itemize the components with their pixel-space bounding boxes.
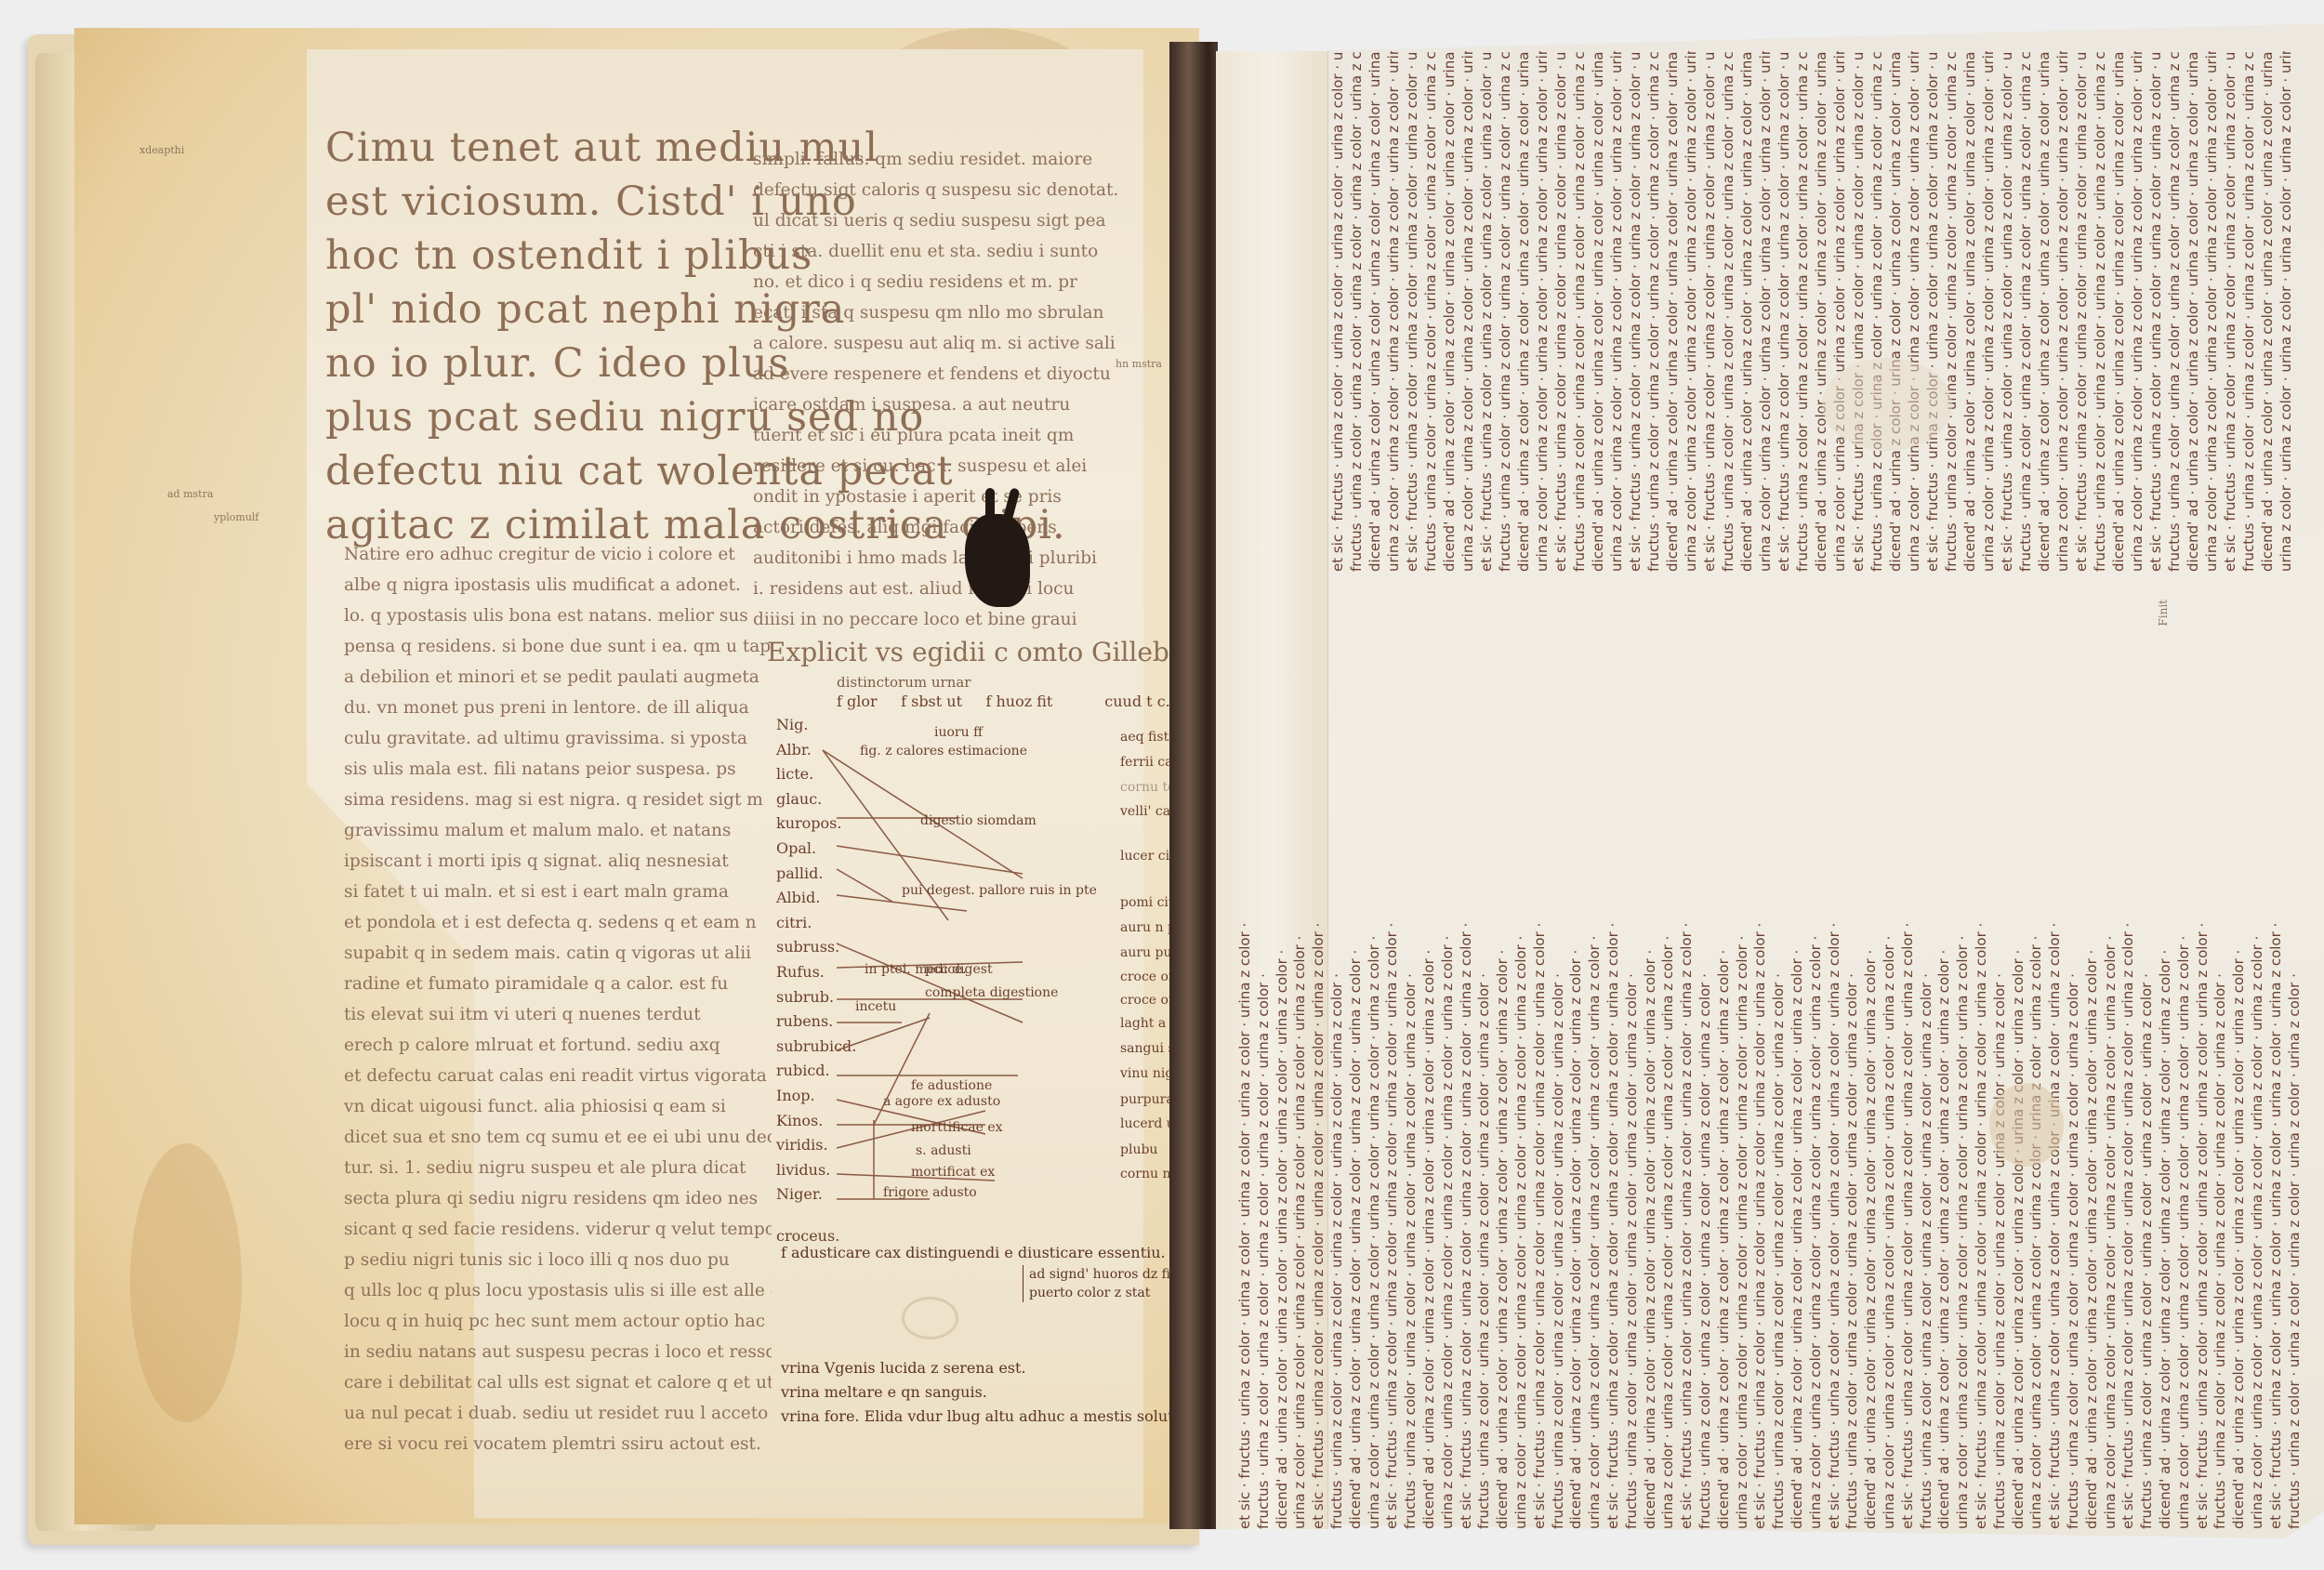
vertical-text-line: fructus · urina z color · urina z color … [2017,51,2034,572]
diagram-note: a agore ex adusto [883,1094,1000,1109]
text-line: a debilion et minori et se pedit paulati… [344,662,772,693]
text-line: ondit in ypostasie i aperit et se pris [753,482,1162,512]
vertical-text-line: urina z color · urina z color · urina z … [1881,711,1897,1529]
water-stain [130,1143,242,1422]
note-line: vrina Vgenis lucida z serena est. [781,1356,1182,1380]
text-line: no. et dico i q sediu residens et m. pr [753,267,1162,297]
vertical-text-line: urina z color · urina z color · urina z … [1659,711,1676,1529]
note-line: puerto color z stat [1029,1284,1182,1302]
headline-line: no io plur. C ideo plus [325,336,809,390]
diagram-note: mortificat ex [911,1165,995,1180]
text-line: erech p calore mlruat et fortund. sediu … [344,1030,772,1061]
headline-text-block: Cimu tenet aut mediu mul est viciosum. C… [325,121,809,552]
text-line: ipsiscant i morti ipis q signat. aliq ne… [344,846,772,877]
vertical-text-line: fructus · urina z color · urina z color … [1720,51,1736,572]
urine-diagram-header: f glor f sbst ut f huoz fit cuud t c. [837,693,1170,710]
vertical-text-line: fructus · urina z color · urina z color … [1422,51,1439,572]
text-line: vn dicat uigousi funct. alia phiosisi q … [344,1091,772,1122]
vertical-text-line: et sic · fructus · urina z color · urina… [1552,51,1569,572]
worn-spot [1822,358,1952,451]
vertical-text-line: fructus · urina z color · urina z color … [2286,711,2303,1529]
text-line: ul dicat si ueris q sediu suspesu sigt p… [753,205,1162,236]
diagram-note: s. adusti [916,1143,971,1158]
explicit-subline: distinctorum urnar [837,674,971,691]
vertical-text-line: dicend' ad · urina z color · urina z col… [1862,711,1879,1529]
diagram-header-item: cuud t c. [1104,693,1169,710]
vertical-text-line: urina z color · urina z color · urina z … [2102,711,2119,1529]
text-line: gravissimu malum et malum malo. et natan… [344,815,772,846]
vertical-text-line: et sic · fructus · urina z color · urina… [1310,711,1327,1529]
vertical-text-line: fructus · urina z color · urina z color … [1402,711,1419,1529]
right-upper-column: simpli. fallus. qm sediu residet. maiore… [753,144,1162,635]
headline-line: Cimu tenet aut mediu mul [325,121,809,175]
text-line: secta plura qi sediu nigru residens qm i… [344,1183,772,1214]
vertical-text-line: urina z color · urina z color · urina z … [1586,711,1603,1529]
vertical-text-line: dicend' ad · urina z color · urina z col… [1347,711,1364,1529]
vertical-text-line: urina z color · urina z color · urina z … [1459,51,1476,572]
diagram-header-item: f sbst ut [901,693,962,710]
diagram-note: pcc digest [925,962,993,977]
vertical-text-line: et sic · fructus · urina z color · urina… [1678,711,1695,1529]
text-line: pensa q residens. si bone due sunt i ea.… [344,631,772,662]
diagram-note: incetu [855,999,896,1014]
vertical-text-line: dicend' ad · urina z color · urina z col… [1494,711,1511,1529]
vertical-text-line: fructus · urina z color · urina z color … [1328,711,1345,1529]
diagram-note: iuoru ff [934,725,983,740]
headline-line: hoc tn ostendit i plibus [325,229,809,283]
vertical-text-line: fructus · urina z color · urina z color … [1697,711,1713,1529]
finit-note: Finit [2157,600,2170,627]
vertical-text-line: urina z color · urina z color · urina z … [1291,711,1308,1529]
diagram-note: completa digestione [925,985,1058,1000]
diagram-header-item: f huoz fit [985,693,1052,710]
vertical-text-line: et sic · fructus · urina z color · urina… [1478,51,1495,572]
vertical-text-line: et sic · fructus · urina z color · urina… [1236,711,1253,1529]
text-line: ere si vocu rei vocatem plemtri ssiru ac… [344,1429,772,1459]
text-line: i. residens aut est. aliud i nuus i locu [753,574,1162,604]
vertical-text-line: urina z color · urina z color · urina z … [1439,711,1456,1529]
vertical-text-line: et sic · fructus · urina z color · urina… [1850,51,1867,572]
headline-line: pl' nido pcat nephi nigra [325,283,809,336]
vertical-text-line: dicend' ad · urina z color · urina z col… [1961,51,1978,572]
text-line: simpli. fallus. qm sediu residet. maiore [753,144,1162,175]
vertical-text-line: dicend' ad · urina z color · urina z col… [1738,51,1755,572]
vertical-text-line: urina z color · urina z color · urina z … [1683,51,1699,572]
vertical-text-line: dicend' ad · urina z color · urina z col… [1813,51,1829,572]
vertical-text-line: urina z color · urina z color · urina z … [1608,51,1625,572]
vertical-text-line: fructus · urina z color · urina z color … [2166,51,2183,572]
vertical-text-line: urina z color · urina z color · urina z … [2129,51,2146,572]
vertical-text-line: et sic · fructus · urina z color · urina… [1383,711,1400,1529]
vertical-text-line: et sic · fructus · urina z color · urina… [1531,711,1548,1529]
vertical-text-line: urina z color · urina z color · urina z … [1534,51,1551,572]
list-item: plubu [1120,1142,1157,1157]
right-upper-text-block: et sic · fructus · urina z color · urina… [1329,51,2305,600]
text-line: ecati i sta q suspesu qm nllo mo sbrulan [753,297,1162,328]
vertical-text-line: et sic · fructus · urina z color · urina… [1627,51,1644,572]
text-line: q ulls loc q plus locu ypostasis ulis si… [344,1275,772,1306]
diagram-note: morttificae ex [911,1120,1003,1135]
boxed-note: ad signd' huoros dz fi puerto color z st… [1023,1265,1182,1302]
vertical-text-line: fructus · urina z color · urina z color … [1475,711,1492,1529]
vertical-text-line: urina z color · urina z color · urina z … [1954,711,1971,1529]
vertical-text-line: dicend' ad · urina z color · urina z col… [1715,711,1732,1529]
vertical-text-line: et sic · fructus · urina z color · urina… [1973,711,1989,1529]
note-line: f adusticare cax distinguendi e diustica… [781,1241,1182,1265]
text-line: icare ostdam i suspesa. a aut neutru [753,389,1162,420]
vertical-text-line: et sic · fructus · urina z color · urina… [1899,711,1916,1529]
vertical-text-line: urina z color · urina z color · urina z … [2054,51,2071,572]
vertical-text-line: fructus · urina z color · urina z color … [2092,51,2108,572]
vertical-text-line: et sic · fructus · urina z color · urina… [1604,711,1621,1529]
right-lower-text-block: et sic · fructus · urina z color · urina… [1236,711,2305,1538]
vertical-text-line: fructus · urina z color · urina z color … [1623,711,1640,1529]
vertical-text-line: fructus · urina z color · urina z color … [1918,711,1934,1529]
text-line: diiisi in no peccare loco et bine graui [753,604,1162,635]
diagram-note: frigore adusto [883,1185,977,1200]
vertical-text-line: et sic · fructus · urina z color · urina… [1826,711,1842,1529]
vertical-text-line: dicend' ad · urina z color · urina z col… [2083,711,2100,1529]
text-line: supabit q in sedem mais. catin q vigoras… [344,938,772,969]
vertical-text-line: dicend' ad · urina z color · urina z col… [2110,51,2127,572]
vertical-text-line: dicend' ad · urina z color · urina z col… [1590,51,1606,572]
text-line: tuerit et sic i eu plura pcata ineit qm [753,420,1162,451]
margin-note: yplomulf [214,511,259,523]
text-line: tur. si. 1. sediu nigru suspeu et ale pl… [344,1153,772,1183]
text-line: residere et si cu. hac i. suspesu et ale… [753,451,1162,482]
text-line: ad evere respenere et fendens et diyoctu [753,359,1162,389]
vertical-text-line: fructus · urina z color · urina z color … [2138,711,2155,1529]
vertical-text-line: dicend' ad · urina z color · urina z col… [1367,51,1383,572]
vertical-text-line: urina z color · urina z color · urina z … [1385,51,1402,572]
vertical-text-line: dicend' ad · urina z color · urina z col… [1567,711,1584,1529]
vertical-text-line: dicend' ad · urina z color · urina z col… [1887,51,1904,572]
text-line: ua nul pecat i duab. sediu ut residet ru… [344,1398,772,1429]
vertical-text-line: dicend' ad · urina z color · urina z col… [1789,711,1805,1529]
text-line: et defectu caruat calas eni readit virtu… [344,1061,772,1091]
vertical-text-line: et sic · fructus · urina z color · urina… [2147,51,2164,572]
vertical-text-line: fructus · urina z color · urina z color … [2212,711,2228,1529]
vertical-text-line: et sic · fructus · urina z color · urina… [1751,711,1768,1529]
vertical-text-line: dicend' ad · urina z color · urina z col… [1441,51,1458,572]
vertical-text-line: urina z color · urina z color · urina z … [2249,711,2265,1529]
vertical-text-line: urina z color · urina z color · urina z … [1734,711,1750,1529]
vertical-text-line: fructus · urina z color · urina z color … [1571,51,1588,572]
headline-line: est viciosum. Cistd' i uno [325,175,809,229]
vertical-text-line: fructus · urina z color · urina z color … [1770,711,1787,1529]
vertical-text-line: dicend' ad · urina z color · urina z col… [2230,711,2247,1529]
vertical-text-line: urina z color · urina z color · urina z … [1906,51,1922,572]
vertical-text-line: urina z color · urina z color · urina z … [1512,711,1529,1529]
text-line: sis ulis mala est. fili natans peior sus… [344,754,772,785]
diagram-note: pui degest. pallore ruis in pte [902,883,1097,898]
vertical-text-line: et sic · fructus · urina z color · urina… [2119,711,2136,1529]
text-line: sicant q sed facie residens. viderur q v… [344,1214,772,1245]
vertical-text-line: et sic · fructus · urina z color · urina… [2073,51,2090,572]
vertical-text-line: dicend' ad · urina z color · urina z col… [1935,711,1952,1529]
vertical-text-line: fructus · urina z color · urina z color … [2240,51,2257,572]
vertical-text-line: urina z color · urina z color · urina z … [1980,51,1997,572]
text-line: auditonibi i hmo mads laquedi. i pluribi [753,543,1162,574]
text-line: tis elevat sui itm vi uteri q nuenes ter… [344,999,772,1030]
manuscript-codex: xdeapthi ad mstra yplomulf hn mstra Cimu… [28,23,2305,1557]
vertical-text-line: fructus · urina z color · urina z color … [1794,51,1811,572]
vertical-text-line: urina z color · urina z color · urina z … [1807,711,1824,1529]
vertical-text-line: et sic · fructus · urina z color · urina… [2222,51,2238,572]
text-line: dicet sua et sno tem cq sumu et ee ei ub… [344,1122,772,1153]
bottom-annotations: f adusticare cax distinguendi e diustica… [781,1241,1182,1429]
diagram-note: digestio siomdam [920,813,1037,828]
worn-spot [1989,1083,2064,1167]
book-spine [1169,42,1218,1529]
vertical-text-line: fructus · urina z color · urina z color … [1645,51,1662,572]
text-line: care i debilitat cal ulls est signat et … [344,1367,772,1398]
vertical-text-line: fructus · urina z color · urina z color … [1843,711,1860,1529]
text-line: in sediu natans aut suspesu pecras i loc… [344,1337,772,1367]
text-line: p sediu nigri tunis sic i loco illi q no… [344,1245,772,1275]
text-line: actori defes. aliq mgi facit suspens [753,512,1162,543]
vertical-text-line: urina z color · urina z color · urina z … [1366,711,1382,1529]
vertical-text-line: dicend' ad · urina z color · urina z col… [1642,711,1658,1529]
vertical-text-line: fructus · urina z color · urina z color … [1868,51,1885,572]
text-line: culu gravitate. ad ultimu gravissima. si… [344,723,772,754]
vertical-text-line: fructus · urina z color · urina z color … [1255,711,1272,1529]
note-line: vrina meltare e qn sanguis. [781,1380,1182,1405]
vertical-text-line: dicend' ad · urina z color · urina z col… [1664,51,1681,572]
vertical-text-line: urina z color · urina z color · urina z … [2175,711,2192,1529]
text-line: locu q in huiq pc hec sunt mem actour op… [344,1306,772,1337]
text-line: a calore. suspesu aut aliq m. si active … [753,328,1162,359]
text-line: radine et fumato piramidale q a calor. e… [344,969,772,999]
headline-line: plus pcat sediu nigru sed no [325,390,809,444]
vertical-text-line: fructus · urina z color · urina z color … [1348,51,1365,572]
note-line: ad signd' huoros dz fi [1029,1265,1182,1284]
vertical-text-line: dicend' ad · urina z color · urina z col… [2185,51,2201,572]
text-line: si fatet t ui maln. et si est i eart mal… [344,877,772,907]
text-line: cti i sta. duellit enu et sta. sediu i s… [753,236,1162,267]
text-line: albe q nigra ipostasis ulis mudificat a … [344,570,772,600]
text-line: et pondola et i est defecta q. sedens q … [344,907,772,938]
margin-note: ad mstra [167,488,213,500]
margin-note: xdeapthi [139,144,184,156]
vertical-text-line: et sic · fructus · urina z color · urina… [1701,51,1718,572]
vertical-text-line: dicend' ad · urina z color · urina z col… [1515,51,1532,572]
vertical-text-line: et sic · fructus · urina z color · urina… [1458,711,1474,1529]
vertical-text-line: urina z color · urina z color · urina z … [1831,51,1848,572]
vertical-text-line: urina z color · urina z color · urina z … [2203,51,2220,572]
note-line: vrina fore. Elida vdur lbug altu adhuc a… [781,1405,1182,1429]
ink-blot [965,514,1030,607]
vertical-text-line: fructus · urina z color · urina z color … [1497,51,1513,572]
vertical-text-line: et sic · fructus · urina z color · urina… [1776,51,1792,572]
headline-line: defectu niu cat wolenta pecat [325,444,809,498]
list-item: purpura [1120,1092,1174,1107]
text-line: sima residens. mag si est nigra. q resid… [344,785,772,815]
left-lower-column: Natire ero adhuc cregitur de vicio i col… [344,539,772,1459]
vertical-text-line: et sic · fructus · urina z color · urina… [1999,51,2015,572]
vertical-text-line: dicend' ad · urina z color · urina z col… [2036,51,2053,572]
vertical-text-line: fructus · urina z color · urina z color … [2065,711,2081,1529]
text-line: defectu sigt caloris q suspesu sic denot… [753,175,1162,205]
circular-stain [902,1297,958,1339]
text-line: Natire ero adhuc cregitur de vicio i col… [344,539,772,570]
vertical-text-line: et sic · fructus · urina z color · urina… [2194,711,2211,1529]
text-line: du. vn monet pus preni in lentore. de il… [344,693,772,723]
explicit-line: Explicit vs egidii c omto Gillebti. [767,637,1196,667]
diagram-header-item: f glor [837,693,878,710]
diagram-note: fig. z calores estimacione [860,744,1027,759]
diagram-note: fe adustione [911,1078,992,1093]
vertical-text-line: dicend' ad · urina z color · urina z col… [2157,711,2173,1529]
vertical-text-line: et sic · fructus · urina z color · urina… [1404,51,1420,572]
vertical-text-line: et sic · fructus · urina z color · urina… [1329,51,1346,572]
vertical-text-line: dicend' ad · urina z color · urina z col… [2259,51,2276,572]
vertical-text-line: dicend' ad · urina z color · urina z col… [1420,711,1437,1529]
vertical-text-line: urina z color · urina z color · urina z … [1757,51,1774,572]
vertical-text-line: fructus · urina z color · urina z color … [1550,711,1566,1529]
vertical-text-line: urina z color · urina z color · urina z … [2278,51,2294,572]
vertical-text-line: et sic · fructus · urina z color · urina… [2267,711,2284,1529]
vertical-text-line: dicend' ad · urina z color · urina z col… [1274,711,1290,1529]
vertical-text-line: et sic · fructus · urina z color · urina… [1924,51,1941,572]
vertical-text-line: fructus · urina z color · urina z color … [1943,51,1960,572]
text-line: lo. q ypostasis ulis bona est natans. me… [344,600,772,631]
